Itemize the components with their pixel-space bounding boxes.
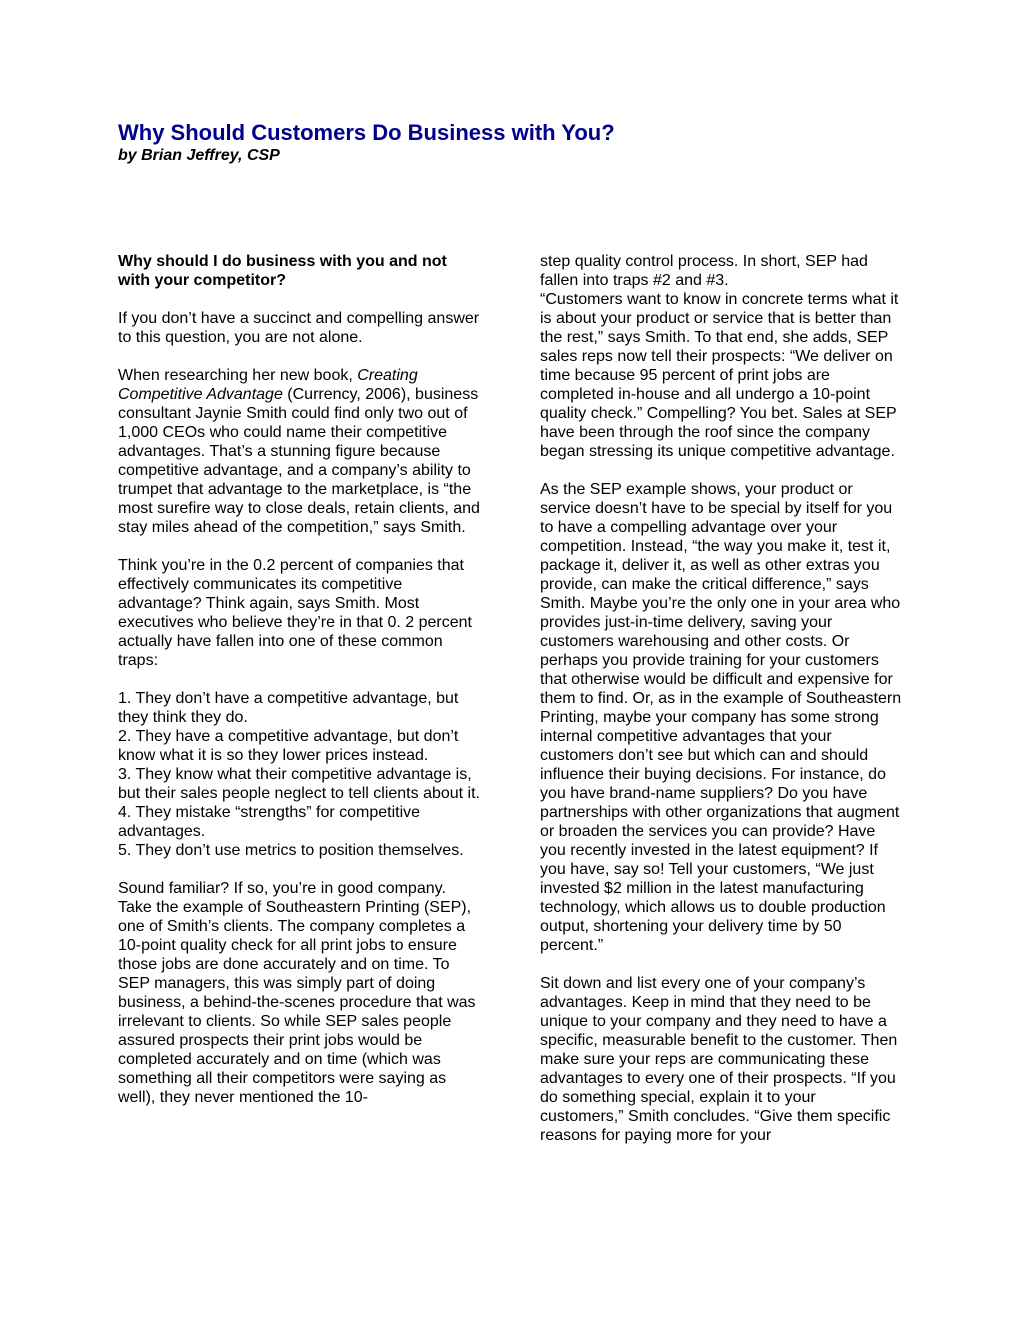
byline: by Brian Jeffrey, CSP	[118, 146, 902, 166]
right-column: step quality control process. In short, …	[540, 252, 902, 1164]
list-item: 1. They don’t have a competitive advanta…	[118, 689, 480, 727]
left-column: Why should I do business with you and no…	[118, 252, 480, 1164]
paragraph-intro: If you don’t have a succinct and compell…	[118, 309, 480, 347]
paragraph-sound-familiar: Sound familiar? If so, you’re in good co…	[118, 879, 480, 1107]
article-columns: Why should I do business with you and no…	[118, 252, 902, 1164]
list-item: 5. They don’t use metrics to position th…	[118, 841, 480, 860]
article-content: Why Should Customers Do Business with Yo…	[118, 120, 902, 1164]
question-heading: Why should I do business with you and no…	[118, 252, 480, 290]
paragraph-book: When researching her new book, Creating …	[118, 366, 480, 537]
page-title: Why Should Customers Do Business with Yo…	[118, 120, 902, 146]
paragraph-traps-intro: Think you’re in the 0.2 percent of compa…	[118, 556, 480, 670]
list-item: 2. They have a competitive advantage, bu…	[118, 727, 480, 765]
paragraph-sep: step quality control process. In short, …	[540, 252, 902, 461]
text-run: (Currency, 2006), business consultant Ja…	[118, 386, 480, 536]
traps-list: 1. They don’t have a competitive advanta…	[118, 689, 480, 860]
document-page: Why Should Customers Do Business with Yo…	[0, 0, 1020, 1320]
list-item: 3. They know what their competitive adva…	[118, 765, 480, 803]
text-run: When researching her new book,	[118, 367, 357, 384]
paragraph-sit-down: Sit down and list every one of your comp…	[540, 974, 902, 1145]
list-item: 4. They mistake “strengths” for competit…	[118, 803, 480, 841]
paragraph-example: As the SEP example shows, your product o…	[540, 480, 902, 955]
